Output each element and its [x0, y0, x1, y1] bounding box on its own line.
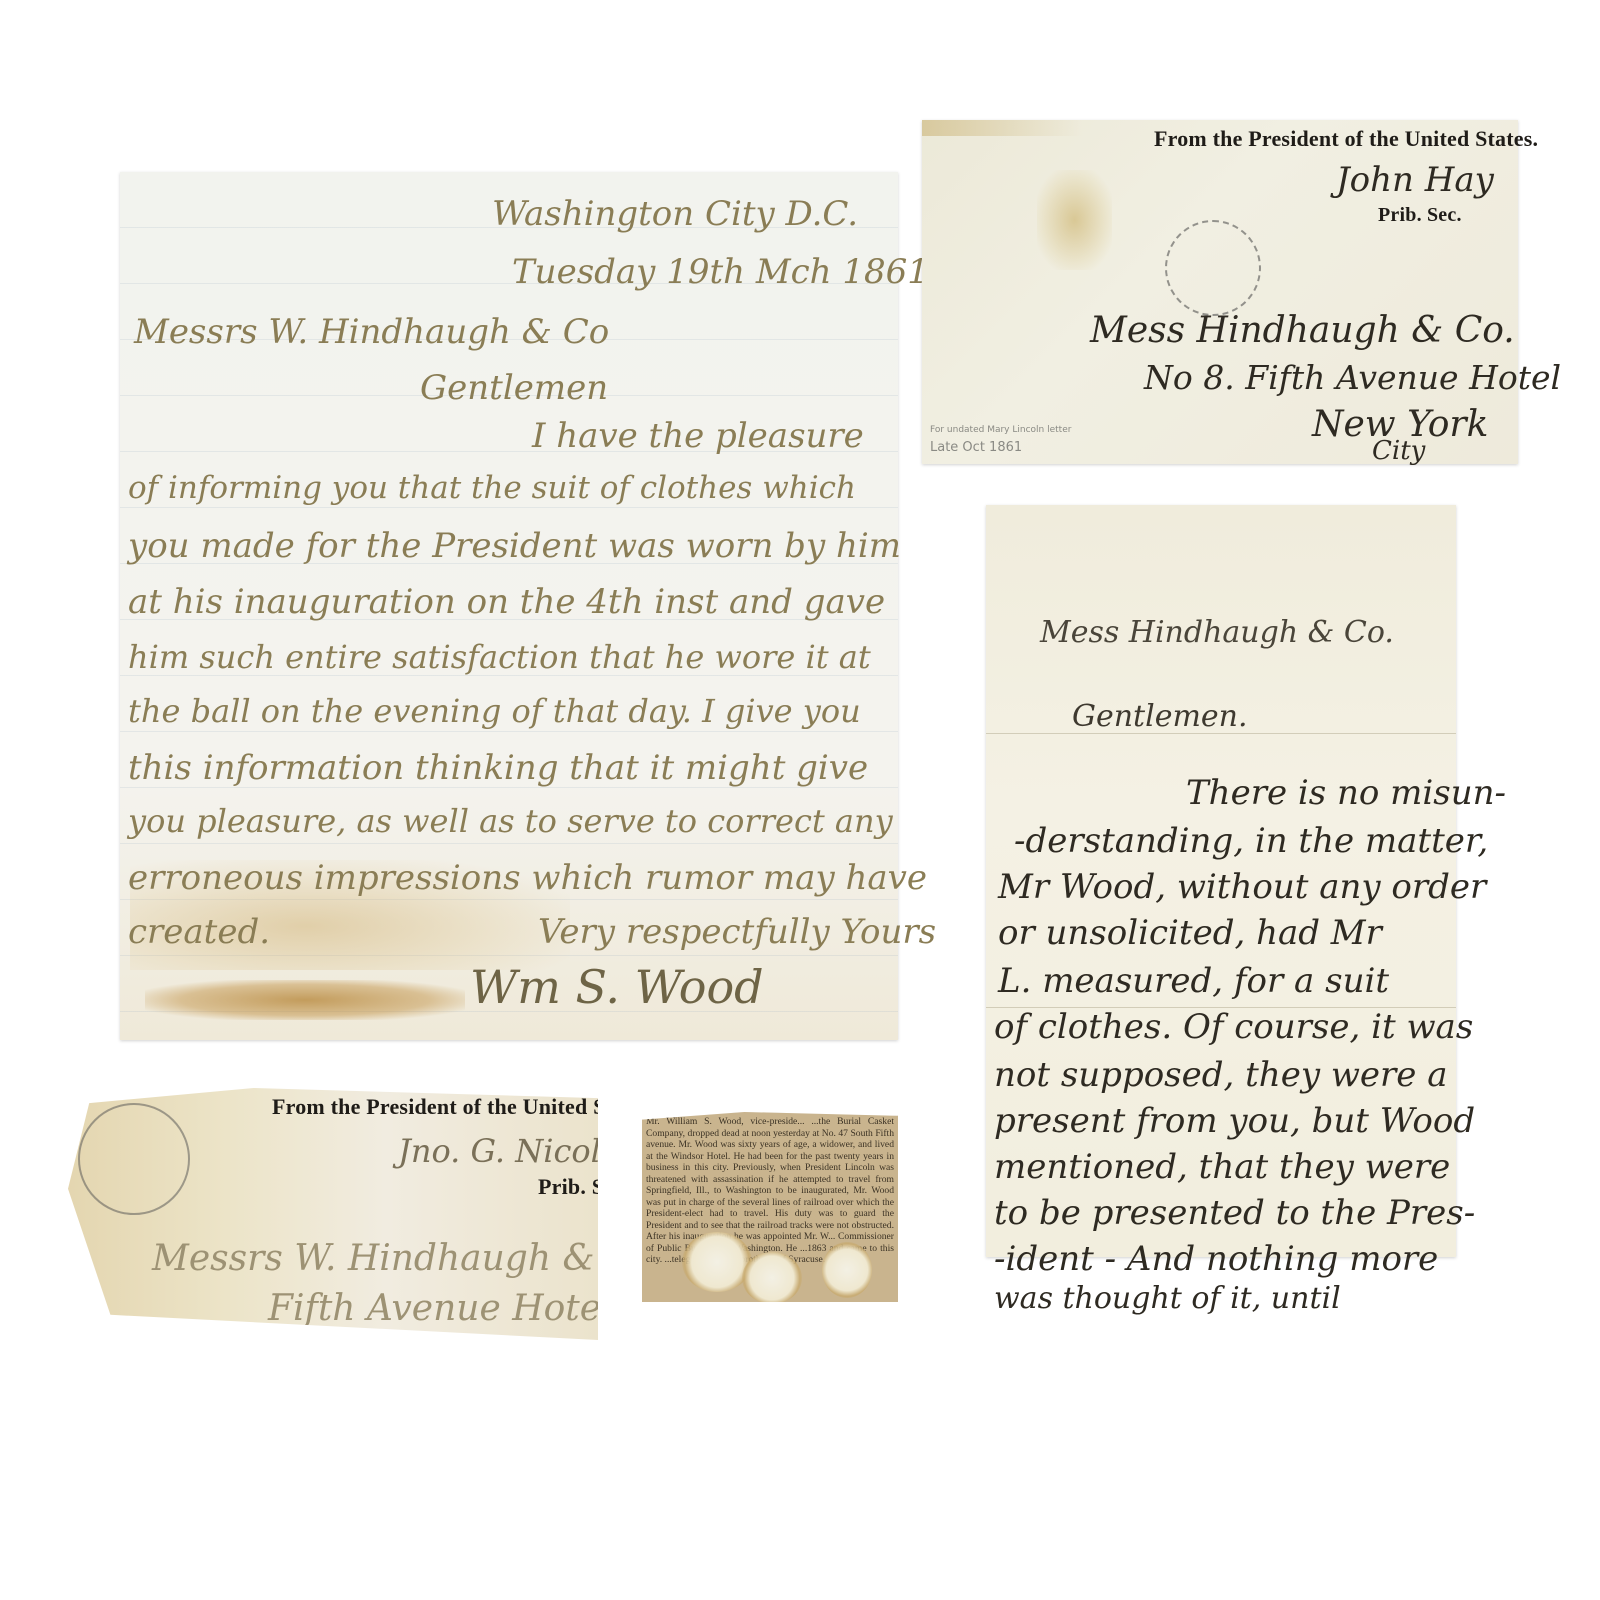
letter-mary-lincoln: Mess Hindhaugh & Co. Gentlemen. There is… — [986, 505, 1456, 1257]
letter-body-line: -derstanding, in the matter, — [1014, 821, 1488, 861]
letter-body-line: mentioned, that they were — [994, 1147, 1450, 1187]
clipping-text: Mr. William S. Wood, vice-preside... ...… — [646, 1116, 894, 1266]
pencil-note-line: Late Oct 1861 — [930, 440, 1022, 455]
envelope-printed-header: From the President of the United States. — [1154, 126, 1538, 152]
letter-body-line: L. measured, for a suit — [998, 961, 1389, 1001]
letter-body-line: to be presented to the Pres- — [994, 1193, 1475, 1233]
envelope-address-line: City — [1372, 436, 1425, 466]
letter-salutation: Gentlemen — [420, 368, 608, 408]
letter-body-line: at his inauguration on the 4th inst and … — [128, 582, 885, 622]
rust-stain — [145, 980, 465, 1020]
envelope-address-line: No 8. Fifth Avenue Hotel — [1144, 358, 1561, 397]
letter-body-line: Mr Wood, without any order — [998, 867, 1486, 907]
frank-signature: John Hay — [1336, 160, 1494, 200]
letter-body-line: of informing you that the suit of clothe… — [128, 470, 856, 506]
envelope-stain — [1037, 170, 1112, 270]
letter-body-line: -ident - And nothing more — [994, 1239, 1438, 1279]
letter-body-line: or unsolicited, had Mr — [998, 913, 1382, 953]
letter-body-line: created. — [128, 912, 270, 952]
letter-wood: Washington City D.C. Tuesday 19th Mch 18… — [120, 172, 898, 1040]
paper-damage — [742, 1252, 802, 1304]
edge-stain — [922, 120, 1082, 136]
frank-title: Prib. Sec. — [1378, 204, 1462, 227]
letter-salutation: Gentlemen. — [1072, 699, 1248, 734]
postmark-stamp — [78, 1103, 190, 1215]
letter-body-line: you pleasure, as well as to serve to cor… — [128, 802, 893, 840]
letter-body-line: of clothes. Of course, it was — [994, 1007, 1473, 1047]
envelope-nicolay: From the President of the United States.… — [68, 1088, 598, 1340]
letter-body-line: not supposed, they were a — [994, 1055, 1448, 1095]
letter-addressee: Mess Hindhaugh & Co. — [1040, 615, 1394, 650]
paper-damage — [822, 1242, 872, 1298]
envelope-hay: From the President of the United States.… — [922, 120, 1518, 464]
letter-body-line: I have the pleasure — [532, 416, 864, 456]
letter-signature: Wm S. Wood — [470, 960, 764, 1014]
letter-body-line: erroneous impressions which rumor may ha… — [128, 858, 927, 898]
letter-body-line: you made for the President was worn by h… — [128, 526, 901, 566]
paper-damage — [682, 1232, 752, 1292]
envelope-address-line: Fifth Avenue Hotel — [268, 1288, 613, 1329]
postmark-stamp — [1165, 220, 1261, 316]
pencil-note-line: For undated Mary Lincoln letter — [930, 425, 1071, 435]
frank-signature: Jno. G. Nicolay — [398, 1132, 638, 1170]
newspaper-clipping: Mr. William S. Wood, vice-preside... ...… — [642, 1112, 898, 1302]
letter-closing: Very respectfully Yours — [538, 912, 936, 952]
letter-addressee: Messrs W. Hindhaugh & Co — [134, 312, 609, 352]
letter-body-line: was thought of it, until — [994, 1281, 1341, 1316]
frank-title: Prib. Sec. — [538, 1174, 630, 1200]
letter-heading-place: Washington City D.C. — [492, 194, 858, 234]
envelope-printed-header: From the President of the United States. — [272, 1094, 656, 1120]
letter-body-line: him such entire satisfaction that he wor… — [128, 638, 871, 676]
letter-heading-date: Tuesday 19th Mch 1861 — [512, 252, 929, 292]
envelope-address-line: Messrs W. Hindhaugh & Co — [152, 1238, 655, 1279]
envelope-address-line: Mess Hindhaugh & Co. — [1090, 310, 1515, 351]
letter-body-line: this information thinking that it might … — [128, 748, 868, 788]
letter-body-line: present from you, but Wood — [994, 1101, 1475, 1141]
clipping-text-column: Mr. William S. Wood, vice-preside... ...… — [646, 1116, 894, 1266]
letter-body-line: the ball on the evening of that day. I g… — [128, 692, 861, 730]
letter-body-line: There is no misun- — [1186, 773, 1506, 813]
